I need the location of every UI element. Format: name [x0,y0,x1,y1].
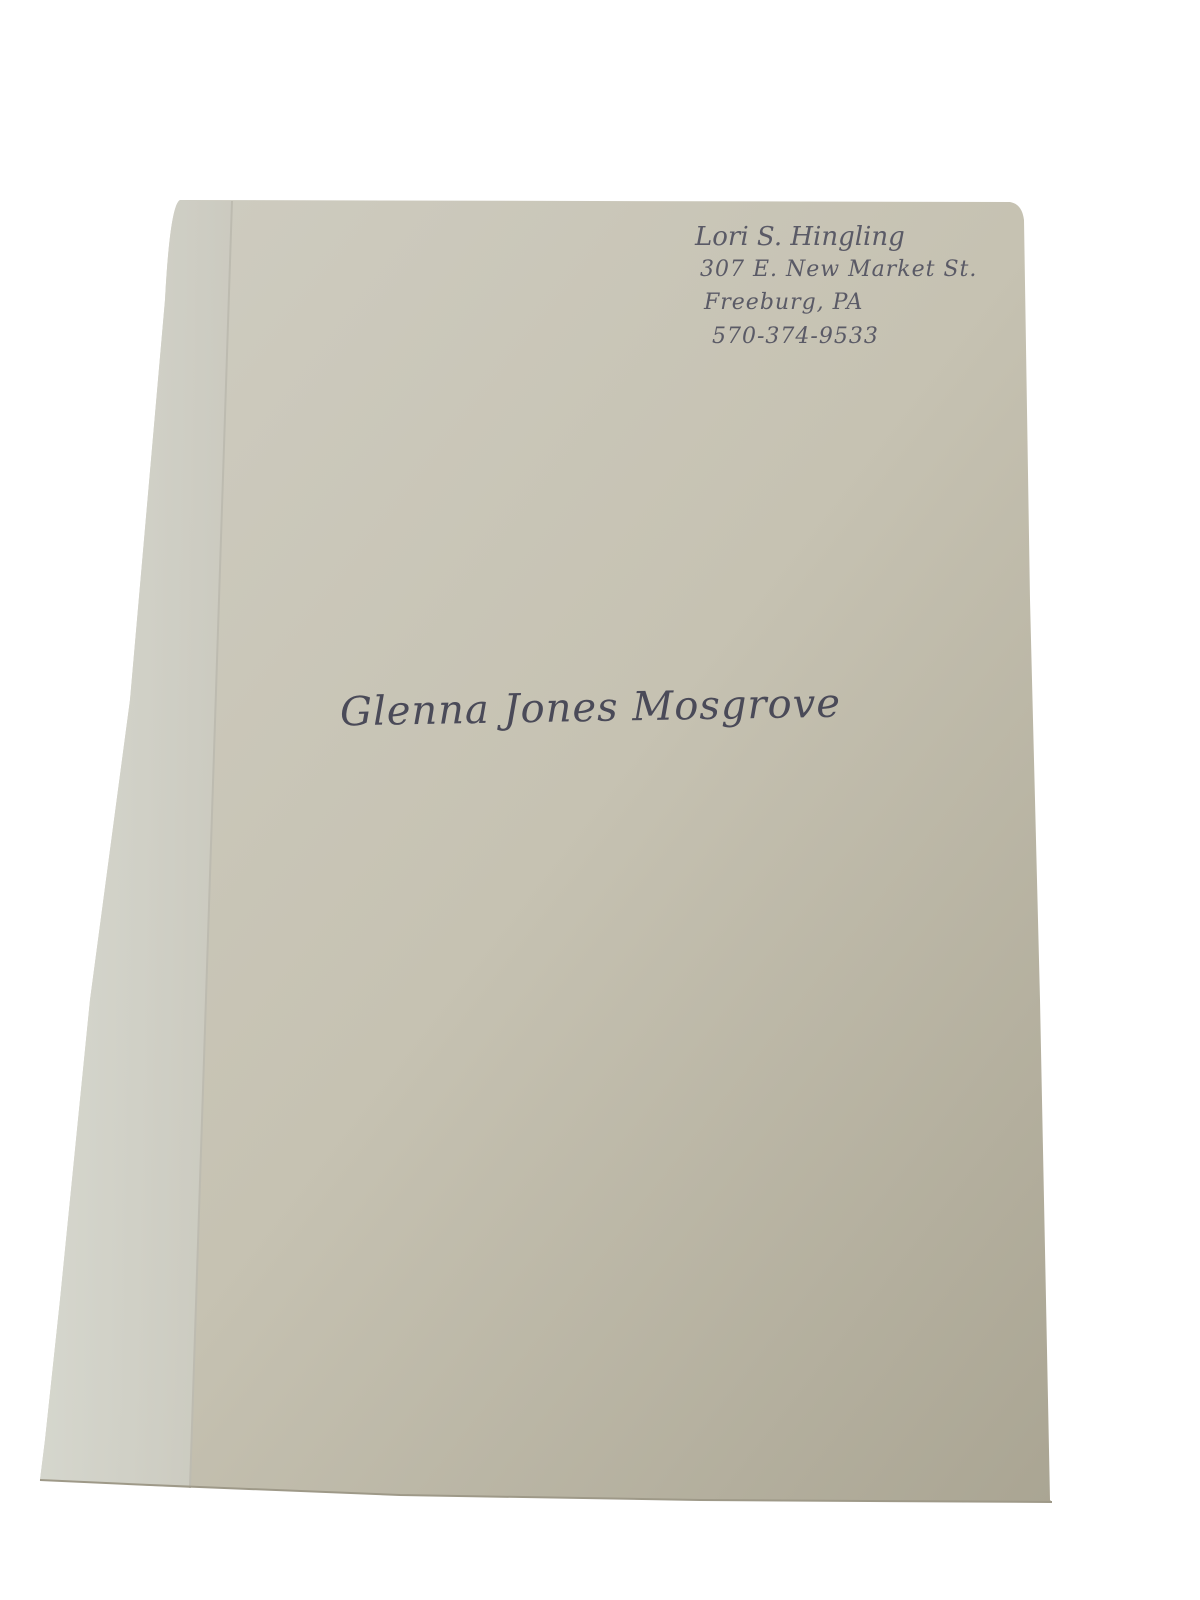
annotation-phone: 570-374-9533 [712,324,879,349]
paper-shape [0,0,1200,1600]
paper-sheet: Lori S. Hingling 307 E. New Market St. F… [0,0,1200,1600]
annotation-address-city: Freeburg, PA [704,290,863,315]
signature: Glenna Jones Mosgrove [340,681,842,736]
annotation-name: Lori S. Hingling [695,222,905,252]
annotation-address-street: 307 E. New Market St. [700,257,977,282]
